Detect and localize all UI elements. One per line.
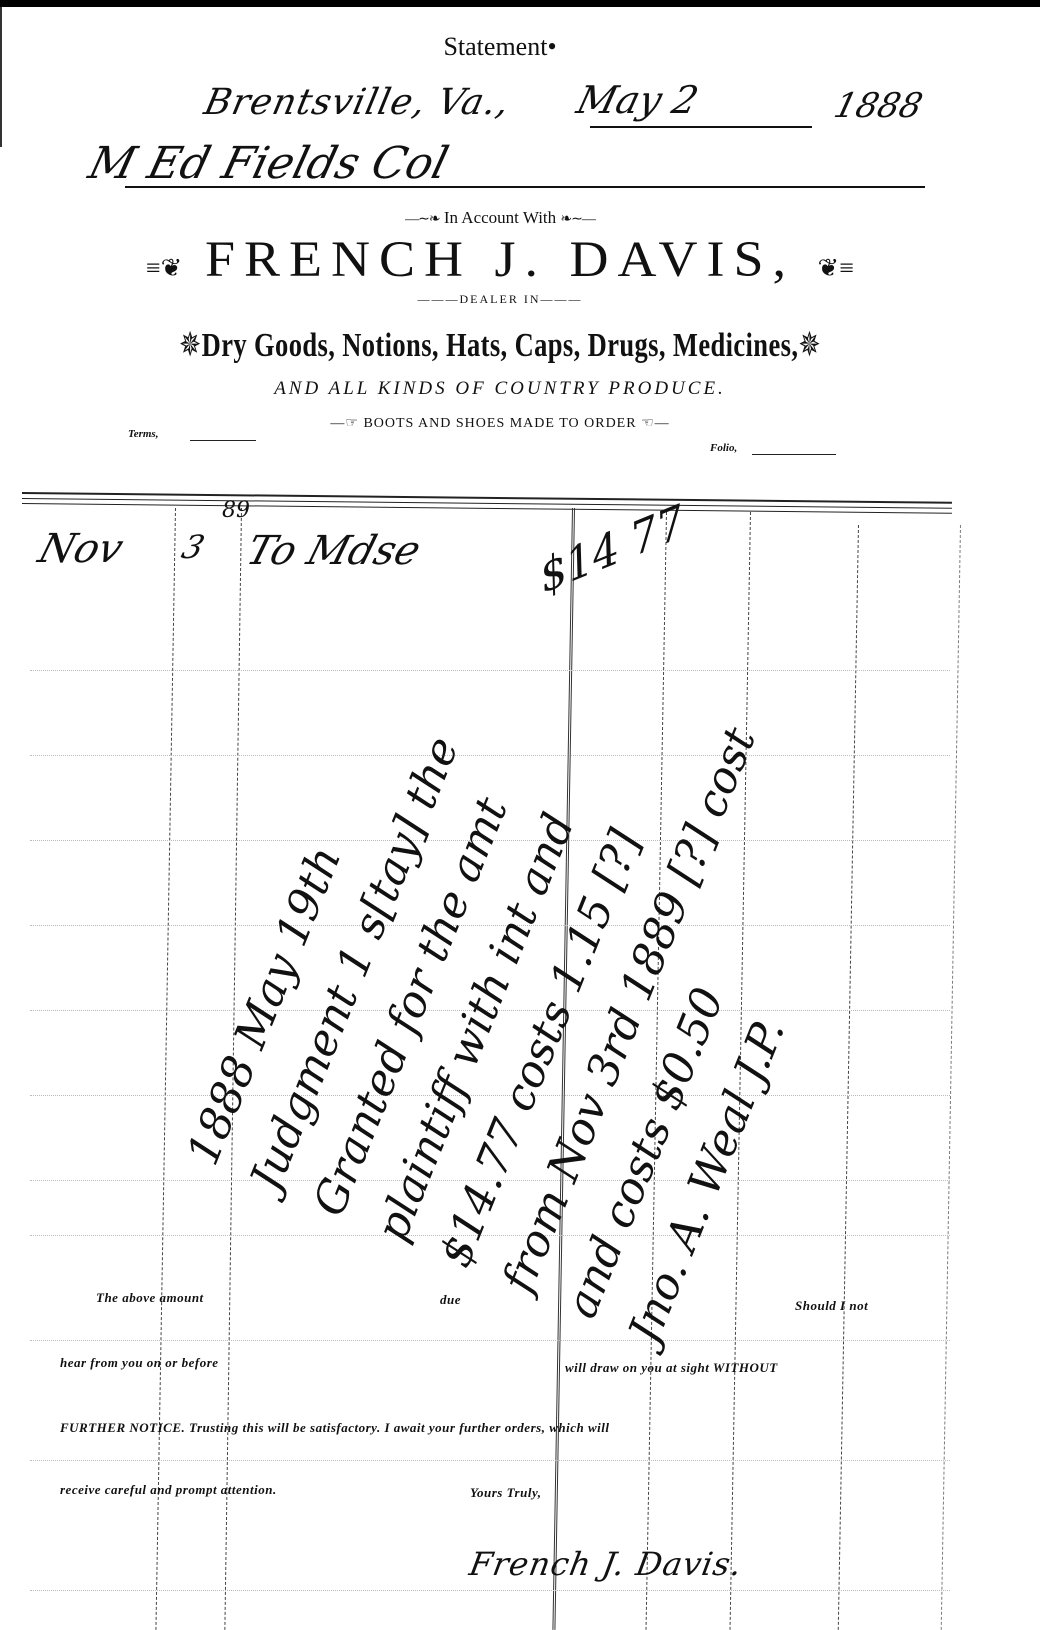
- scroll-ornament-right-icon: ❦≡: [818, 254, 854, 282]
- statement-title: Statement•: [0, 32, 1000, 62]
- customer-underline: [125, 186, 925, 188]
- footer-due-label: due: [440, 1292, 461, 1308]
- footer-should-i-not: Should I not: [795, 1298, 868, 1314]
- entry-month: Nov: [33, 526, 128, 572]
- scroll-ornament-left-icon: ≡❦: [146, 254, 182, 282]
- scan-left-edge: [0, 7, 2, 147]
- column-rule-right: [941, 525, 961, 1630]
- flourish-right-icon: ❧∼—: [560, 212, 594, 227]
- star-ornament-right-icon: ✵: [798, 327, 821, 364]
- footer-amount-label: The above amount: [96, 1290, 204, 1306]
- scan-top-border: [0, 0, 1040, 7]
- dealer-in: ———DEALER IN———: [0, 292, 1000, 307]
- statement-date: May 2: [573, 78, 703, 122]
- in-account-with: —∼❧ In Account With ❧∼—: [0, 208, 1000, 228]
- place-name: Brentsville, Va.,: [201, 82, 514, 123]
- footer-draw-on-you: will draw on you at sight WITHOUT: [565, 1360, 778, 1376]
- judgment-note: 1888 May 19th Judgment 1 s[tay] the Gran…: [170, 316, 1012, 1354]
- terms-label: Terms,: [128, 428, 158, 440]
- star-ornament-left-icon: ✵: [179, 327, 202, 364]
- ledger-row-line: [30, 1590, 950, 1591]
- signature: French J. Davis.: [467, 1545, 746, 1583]
- entry-description: To Mdse: [241, 528, 425, 574]
- terms-field: [190, 440, 256, 441]
- ledger-row-line: [30, 1340, 950, 1341]
- entry-year-superscript: 89: [222, 498, 250, 523]
- pointer-right-icon: —☞: [330, 416, 359, 431]
- firm-name: ≡❦ FRENCH J. DAVIS, ❦≡: [0, 230, 1000, 289]
- entry-day: 3: [178, 528, 209, 566]
- flourish-left-icon: —∼❧: [405, 212, 439, 227]
- footer-yours-truly: Yours Truly,: [470, 1485, 542, 1501]
- footer-further-notice: FURTHER NOTICE. Trusting this will be sa…: [60, 1420, 609, 1436]
- ledger-row-line: [30, 1460, 950, 1461]
- statement-year: 1888: [830, 86, 927, 126]
- footer-prompt-attention: receive careful and prompt attention.: [60, 1482, 277, 1498]
- date-underline: [590, 126, 812, 128]
- column-rule-day: [155, 508, 176, 1630]
- footer-hear-from-you: hear from you on or before: [60, 1355, 219, 1371]
- customer-name: M Ed Fields Col: [84, 138, 454, 189]
